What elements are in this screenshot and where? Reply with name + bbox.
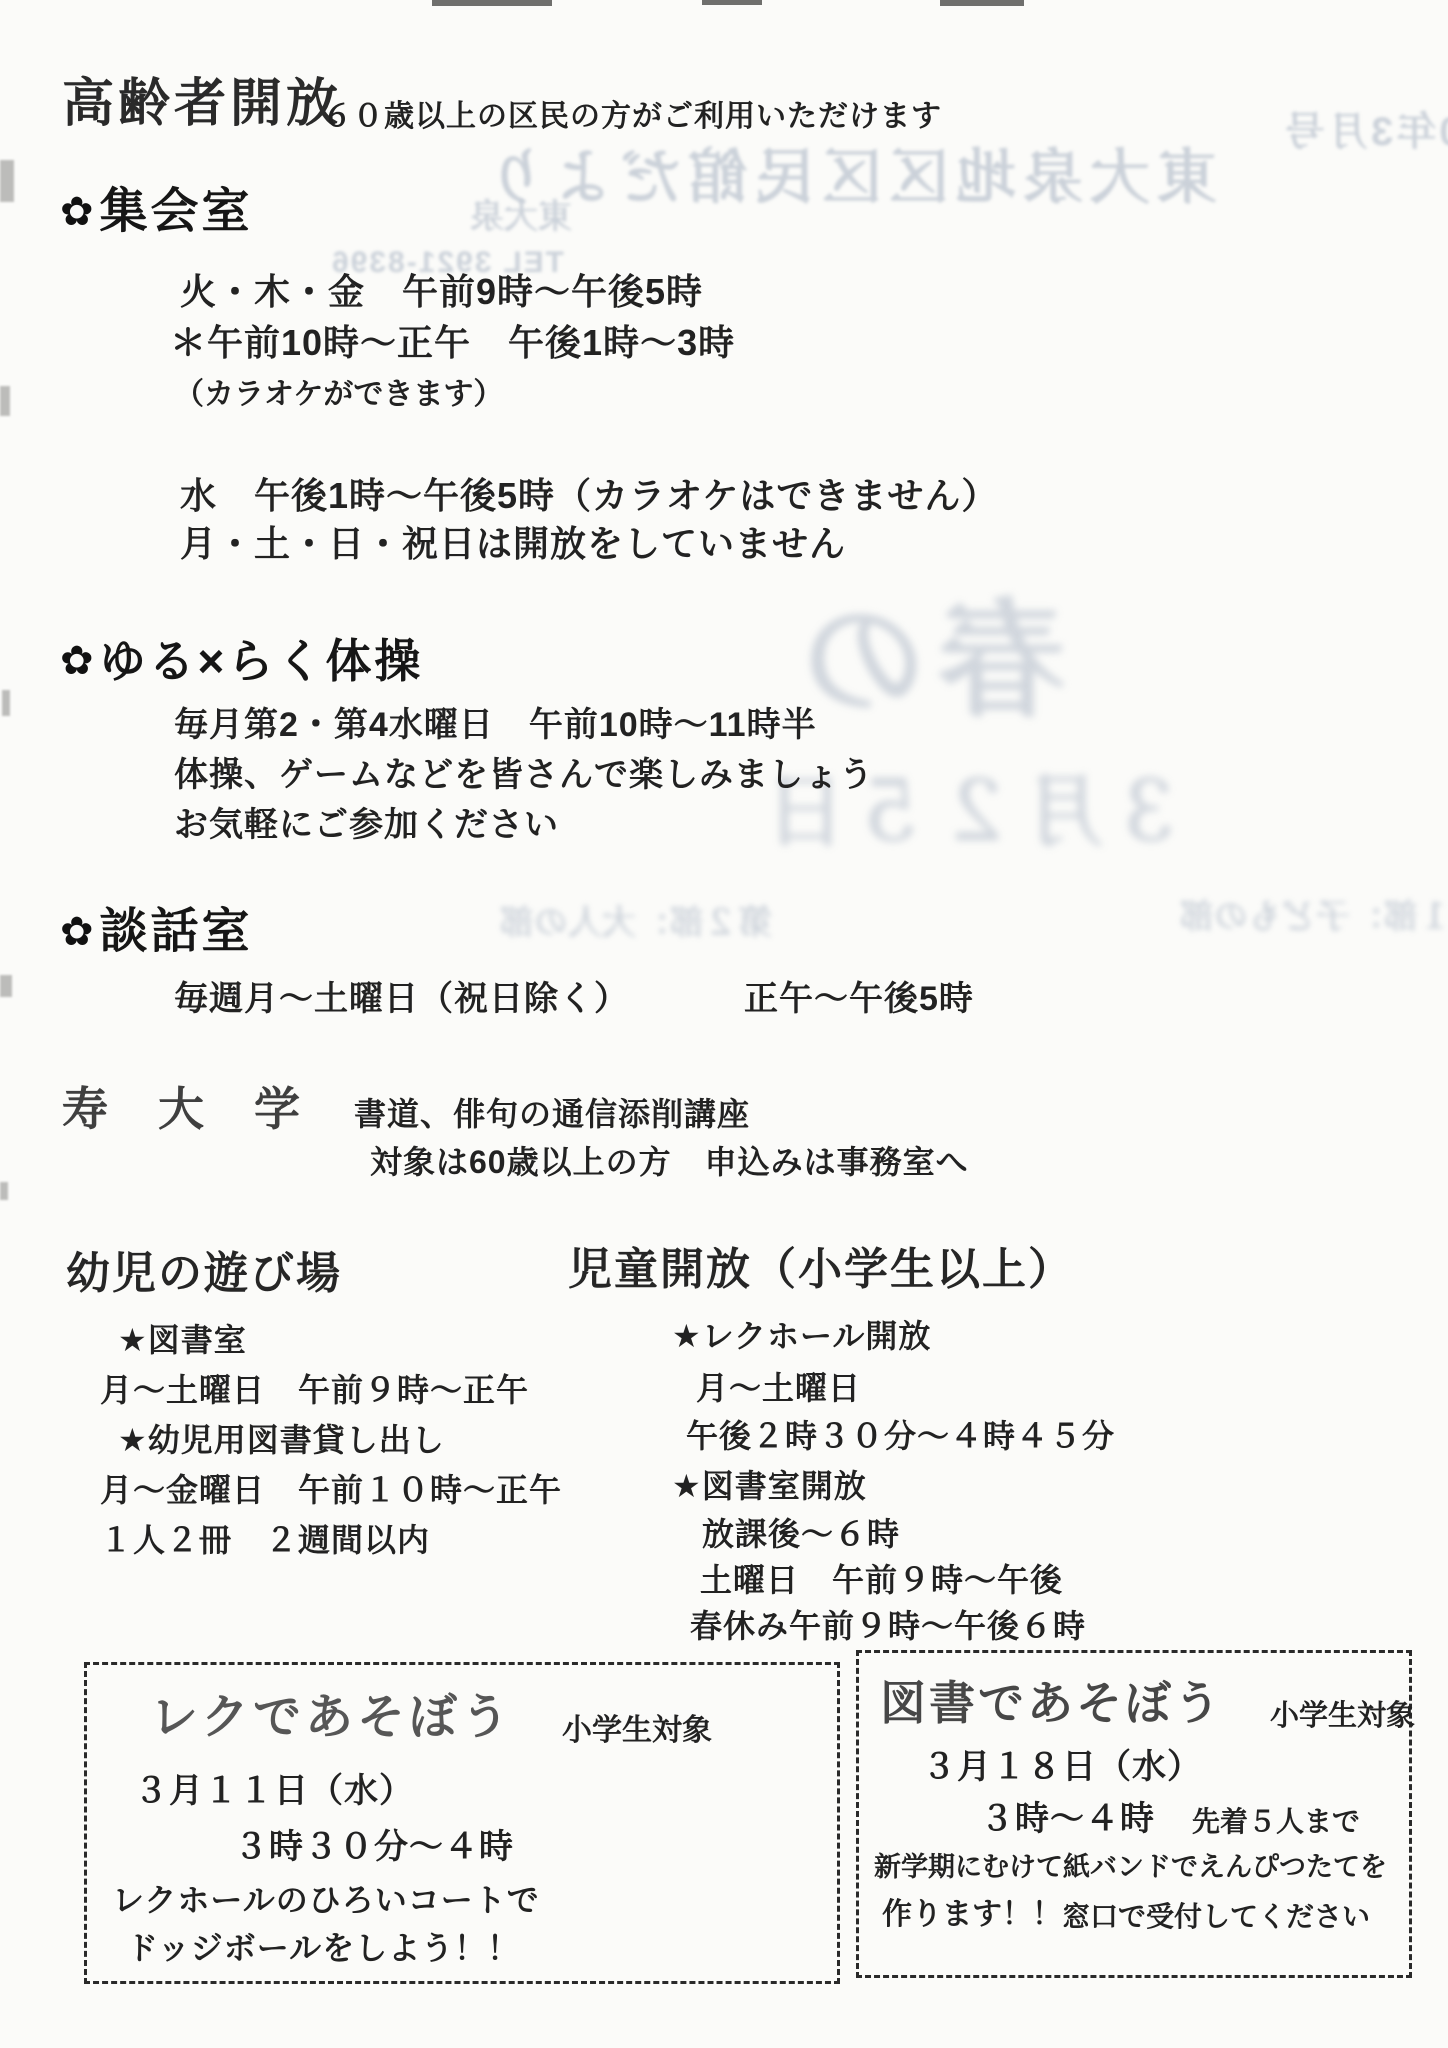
kotobuki-univ-title: 寿 大 学 xyxy=(62,1086,302,1132)
bleedthrough-big-heading: 春の xyxy=(790,598,1066,726)
kotobuki-desc-1: 書道、俳句の通信添削講座 xyxy=(354,1098,750,1130)
library-event-date: ３月１８日（水） xyxy=(922,1750,1202,1784)
section-taiso: ✿ ゆる×らく体操 xyxy=(60,638,423,684)
meeting-room-hours-2: ＊午前10時～正午 午後1時～3時 xyxy=(170,325,735,361)
library-event-title: 図書であそぼう xyxy=(880,1680,1223,1726)
bleedthrough-part-child: 第１部：子どもの部 xyxy=(1180,900,1448,934)
taiso-title: ゆる×らく体操 xyxy=(100,638,424,684)
children-item-rechall: ★レクホール開放 xyxy=(672,1320,931,1352)
section-lounge: ✿ 談話室 xyxy=(60,908,253,956)
meeting-room-hours-3: 水 午後1時～午後5時（カラオケはできません） xyxy=(180,478,998,514)
scan-artifact xyxy=(0,386,10,416)
bleedthrough-part-adult: 第２部：大人の部 xyxy=(500,906,772,940)
lounge-time: 正午～午後5時 xyxy=(744,982,974,1016)
taiso-desc-1: 体操、ゲームなどを皆さんで楽しみましょう xyxy=(174,758,874,792)
scan-artifact xyxy=(0,1182,8,1200)
lounge-title: 談話室 xyxy=(100,908,253,956)
children-item-library: ★図書室開放 xyxy=(672,1470,867,1502)
toddler-item-library: ★図書室 xyxy=(118,1324,247,1356)
scanned-flyer-page: 東大泉地区区民館だより 2020年3月号 東大泉 TEL 3921-8396 春… xyxy=(0,0,1448,2048)
flower-icon: ✿ xyxy=(60,912,94,952)
flower-icon: ✿ xyxy=(60,192,94,232)
children-item-library-weekday: 放課後～６時 xyxy=(702,1518,900,1550)
meeting-room-title: 集会室 xyxy=(100,188,253,236)
toddler-item-library-hours: 月～土曜日 午前９時～正午 xyxy=(100,1374,529,1406)
children-item-library-springbreak: 春休み午前９時～午後６時 xyxy=(690,1610,1086,1642)
section-meeting-room: ✿ 集会室 xyxy=(60,188,253,236)
senior-open-note: ６０歳以上の区民の方がご利用いただけます xyxy=(322,102,942,132)
bleedthrough-issue: 2020年3月号 xyxy=(1282,112,1448,152)
meeting-room-karaoke-note: （カラオケができます） xyxy=(174,380,503,410)
toddler-item-lending-hours: 月～金曜日 午前１０時～正午 xyxy=(100,1474,562,1506)
scan-artifact xyxy=(0,160,14,202)
taiso-desc-2: お気軽にご参加ください xyxy=(174,808,559,842)
meeting-room-hours-1: 火・木・金 午前9時～午後5時 xyxy=(180,274,703,310)
senior-open-heading: 高齢者開放 xyxy=(62,78,342,130)
toddler-play-heading: 幼児の遊び場 xyxy=(66,1252,342,1296)
scan-artifact xyxy=(0,975,12,997)
library-event-time: ３時～４時 xyxy=(980,1802,1155,1836)
flower-icon: ✿ xyxy=(60,641,94,681)
rec-event-target: 小学生対象 xyxy=(562,1716,712,1746)
rec-event-title: レクであそぼう xyxy=(150,1694,513,1742)
meeting-room-closed-note: 月・土・日・祝日は開放をしていません xyxy=(180,526,846,562)
kotobuki-desc-2: 対象は60歳以上の方 申込みは事務室へ xyxy=(370,1146,969,1178)
toddler-item-lending: ★幼児用図書貸し出し xyxy=(118,1424,445,1456)
scan-artifact xyxy=(702,0,762,5)
bleedthrough-newsletter-title: 東大泉地区区民館だより xyxy=(480,148,1217,208)
library-event-desc-1: 新学期にむけて紙バンドでえんぴつたてを xyxy=(874,1854,1387,1881)
rec-event-time: ３時３０分～４時 xyxy=(234,1830,514,1864)
rec-event-date: ３月１１日（水） xyxy=(134,1774,414,1808)
toddler-item-lending-limit: １人２冊 ２週間以内 xyxy=(100,1524,430,1556)
children-item-rechall-hours: 午後２時３０分～４時４５分 xyxy=(686,1420,1115,1452)
library-event-target: 小学生対象 xyxy=(1270,1702,1415,1731)
library-event-limit: 先着５人まで xyxy=(1192,1808,1360,1836)
rec-event-desc-2: ドッジボールをしよう！！ xyxy=(126,1932,520,1964)
bleedthrough-place: 東大泉 xyxy=(470,200,572,234)
library-event-desc-3: 窓口で受付してください xyxy=(1062,1903,1370,1931)
library-event-desc-2: 作ります！！ xyxy=(882,1900,1062,1930)
children-item-rechall-days: 月～土曜日 xyxy=(696,1372,861,1404)
scan-artifact xyxy=(2,690,10,716)
children-item-library-saturday: 土曜日 午前９時～午後 xyxy=(700,1564,1063,1596)
lounge-days: 毎週月～土曜日（祝日除く） xyxy=(174,982,629,1016)
rec-event-desc-1: レクホールのひろいコートで xyxy=(112,1884,540,1916)
scan-artifact xyxy=(940,0,1024,6)
children-open-heading: 児童開放（小学生以上） xyxy=(568,1248,1074,1292)
taiso-schedule: 毎月第2・第4水曜日 午前10時～11時半 xyxy=(174,708,817,742)
scan-artifact xyxy=(432,0,552,6)
